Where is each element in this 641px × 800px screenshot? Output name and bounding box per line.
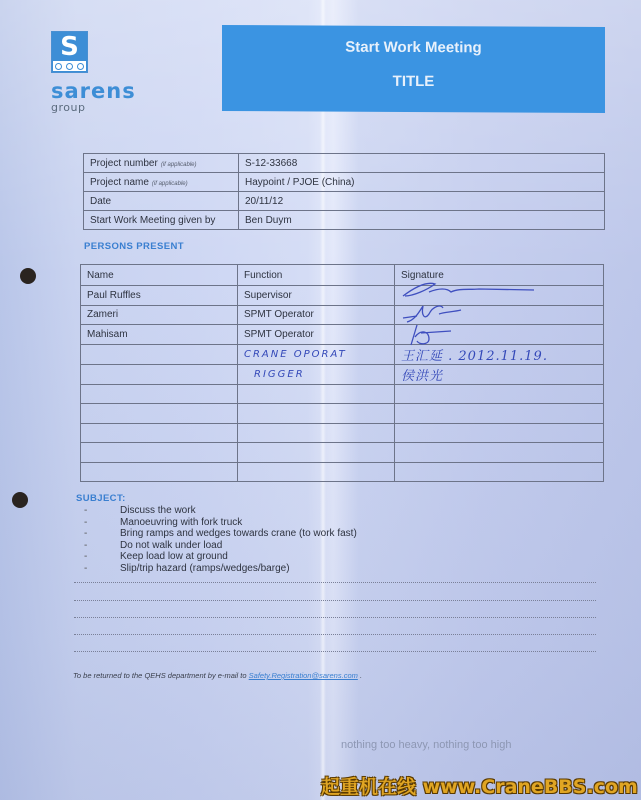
sarens-crane-icon: S — [51, 31, 88, 73]
company-tagline: nothing too heavy, nothing too high — [341, 739, 511, 751]
info-label: Date — [84, 192, 239, 211]
person-signature — [395, 423, 604, 443]
person-name — [81, 344, 238, 364]
site-watermark: 起重机在线 www.CraneBBS.com — [321, 772, 638, 799]
notes-line — [74, 617, 596, 618]
table-row — [81, 443, 604, 463]
signature-scribble-icon — [399, 317, 499, 347]
notes-line — [74, 582, 596, 583]
notes-line — [74, 600, 596, 601]
info-row: Date 20/11/12 — [84, 192, 605, 211]
person-name: Paul Ruffles — [81, 286, 238, 306]
person-name — [81, 443, 238, 463]
form-title: Start Work Meeting — [222, 38, 605, 57]
person-name — [81, 364, 238, 384]
person-name — [81, 384, 238, 404]
table-row — [81, 384, 604, 404]
person-function — [238, 423, 395, 443]
person-name — [81, 404, 238, 424]
persons-present-heading: PERSONS PRESENT — [84, 241, 184, 252]
person-signature: 王汇延 . 2012.11.19. — [395, 344, 604, 364]
person-signature — [395, 443, 604, 463]
punch-hole-top — [20, 268, 36, 284]
list-item: -Discuss the work — [80, 505, 357, 517]
table-row: CRANE OPORAT 王汇延 . 2012.11.19. — [81, 344, 604, 364]
person-signature — [395, 384, 604, 404]
project-name-value: Haypoint / PJOE (China) — [239, 173, 605, 192]
person-function — [238, 404, 395, 424]
persons-table: Name Function Signature Paul Ruffles Sup… — [80, 264, 604, 482]
table-row: RIGGER 侯洪光 — [81, 364, 604, 384]
qehs-email-link[interactable]: Safety.Registration@sarens.com — [249, 671, 358, 680]
person-function — [238, 443, 395, 463]
form-subtitle: TITLE — [222, 72, 605, 91]
info-label: Project number(if applicable) — [84, 154, 239, 173]
column-header-name: Name — [81, 265, 238, 286]
info-row: Project number(if applicable) S-12-33668 — [84, 154, 605, 173]
notes-line — [74, 651, 596, 652]
signature-scribble-icon — [399, 278, 539, 302]
info-row: Project name(if applicable) Haypoint / P… — [84, 173, 605, 192]
logo-mark-glyph: S — [55, 35, 84, 59]
person-name: Mahisam — [81, 325, 238, 345]
sarens-logo: S sarens group — [51, 31, 136, 114]
info-row: Start Work Meeting given by Ben Duym — [84, 211, 605, 230]
column-header-function: Function — [238, 265, 395, 286]
table-row — [81, 462, 604, 482]
date-value: 20/11/12 — [239, 192, 605, 211]
person-name — [81, 423, 238, 443]
info-label: Project name(if applicable) — [84, 173, 239, 192]
track-wheels-icon — [53, 61, 86, 71]
person-function: Supervisor — [238, 286, 395, 306]
person-name — [81, 462, 238, 482]
notes-line — [74, 634, 596, 635]
table-row: Mahisam SPMT Operator — [81, 325, 604, 345]
list-item: -Do not walk under load — [80, 540, 357, 552]
given-by-value: Ben Duym — [239, 211, 605, 230]
table-row: Paul Ruffles Supervisor — [81, 286, 604, 306]
table-row — [81, 423, 604, 443]
project-number-value: S-12-33668 — [239, 154, 605, 173]
list-item: -Slip/trip hazard (ramps/wedges/barge) — [80, 563, 357, 575]
person-function: SPMT Operator — [238, 325, 395, 345]
person-signature — [395, 325, 604, 345]
project-info-table: Project number(if applicable) S-12-33668… — [83, 153, 605, 230]
person-function: CRANE OPORAT — [238, 344, 395, 364]
person-signature — [395, 462, 604, 482]
list-item: -Keep load low at ground — [80, 551, 357, 563]
table-row: Zameri SPMT Operator — [81, 305, 604, 325]
logo-wordmark: sarens — [51, 81, 136, 101]
person-function: RIGGER — [238, 364, 395, 384]
subject-list: -Discuss the work -Manoeuvring with fork… — [80, 505, 357, 575]
table-row — [81, 404, 604, 424]
person-signature — [395, 404, 604, 424]
person-function — [238, 384, 395, 404]
list-item: -Manoeuvring with fork truck — [80, 517, 357, 529]
list-item: -Bring ramps and wedges towards crane (t… — [80, 528, 357, 540]
person-function — [238, 462, 395, 482]
punch-hole-bottom — [12, 492, 28, 508]
info-label: Start Work Meeting given by — [84, 211, 239, 230]
subject-heading: SUBJECT: — [76, 493, 126, 504]
return-instructions: To be returned to the QEHS department by… — [73, 671, 362, 680]
person-signature: 侯洪光 — [395, 364, 604, 384]
title-banner: Start Work Meeting TITLE — [222, 25, 605, 113]
person-function: SPMT Operator — [238, 305, 395, 325]
person-name: Zameri — [81, 305, 238, 325]
